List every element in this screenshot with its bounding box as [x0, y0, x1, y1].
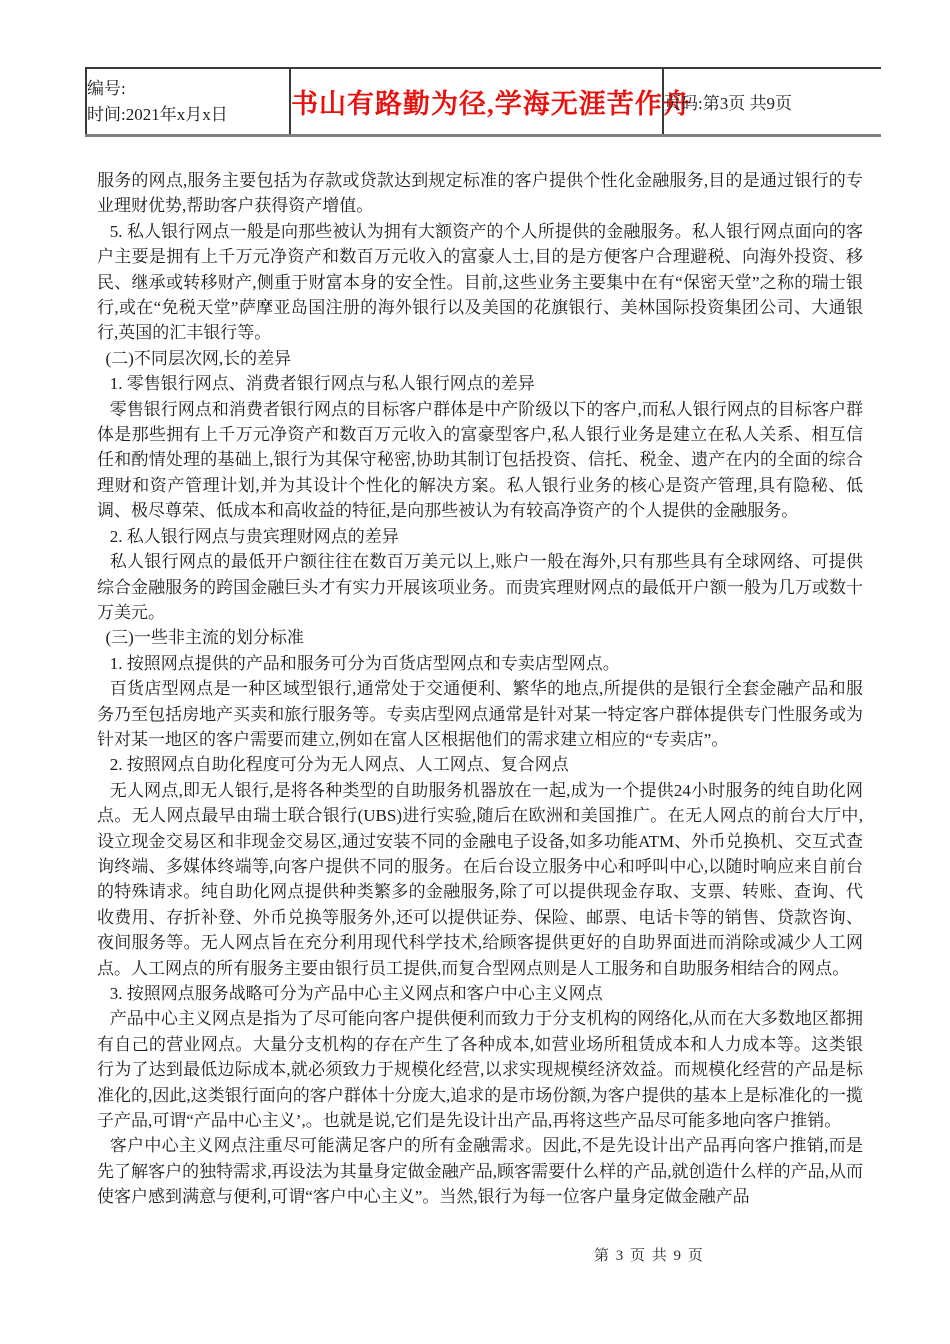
footer-page-indicator: 第 3 页 共 9 页: [594, 1244, 704, 1265]
header-table: 编号: 时间:2021年x月x日 书山有路勤为径,学海无涯苦作舟 页码:第3页 …: [85, 67, 881, 137]
motto-text: 书山有路勤为径,学海无涯苦作舟: [291, 89, 691, 119]
paragraph: 服务的网点,服务主要包括为存款或贷款达到规定标准的客户提供个性化金融服务,目的是…: [97, 168, 863, 219]
list-item-heading: 1. 按照网点提供的产品和服务可分为百货店型网点和专卖店型网点。: [97, 651, 863, 676]
paragraph: 无人网点,即无人银行,是将各种类型的自助服务机器放在一起,成为一个提供24小时服…: [97, 778, 863, 981]
doc-number-label: 编号:: [87, 76, 289, 102]
doc-time-label: 时间:2021年x月x日: [87, 102, 289, 128]
section-heading: (二)不同层次网,长的差异: [97, 346, 863, 371]
paragraph: 客户中心主义网点注重尽可能满足客户的所有金融需求。因此,不是先设计出产品再向客户…: [97, 1133, 863, 1209]
document-body: 服务的网点,服务主要包括为存款或贷款达到规定标准的客户提供个性化金融服务,目的是…: [97, 168, 863, 1210]
paragraph: 百货店型网点是一种区域型银行,通常处于交通便利、繁华的地点,所提供的是银行全套金…: [97, 676, 863, 752]
page-number-label: 页码:第3页 共9页: [664, 94, 792, 113]
list-item-heading: 2. 私人银行网点与贵宾理财网点的差异: [97, 524, 863, 549]
list-item-heading: 1. 零售银行网点、消费者银行网点与私人银行网点的差异: [97, 371, 863, 396]
paragraph: 5. 私人银行网点一般是向那些被认为拥有大额资产的个人所提供的金融服务。私人银行…: [97, 219, 863, 346]
document-page: 编号: 时间:2021年x月x日 书山有路勤为径,学海无涯苦作舟 页码:第3页 …: [0, 0, 950, 1344]
list-item-heading: 2. 按照网点自助化程度可分为无人网点、人工网点、复合网点: [97, 752, 863, 777]
header-row: 编号: 时间:2021年x月x日 书山有路勤为径,学海无涯苦作舟 页码:第3页 …: [86, 68, 881, 136]
header-meta-cell: 编号: 时间:2021年x月x日: [86, 68, 290, 136]
paragraph: 私人银行网点的最低开户额往往在数百万美元以上,账户一般在海外,只有那些具有全球网…: [97, 549, 863, 625]
header-page-cell: 页码:第3页 共9页: [663, 68, 881, 136]
section-heading: (三)一些非主流的划分标准: [97, 625, 863, 650]
paragraph: 产品中心主义网点是指为了尽可能向客户提供便利而致力于分支机构的网络化,从而在大多…: [97, 1006, 863, 1133]
paragraph: 零售银行网点和消费者银行网点的目标客户群体是中产阶级以下的客户,而私人银行网点的…: [97, 397, 863, 524]
header-motto-cell: 书山有路勤为径,学海无涯苦作舟: [290, 68, 663, 136]
list-item-heading: 3. 按照网点服务战略可分为产品中心主义网点和客户中心主义网点: [97, 981, 863, 1006]
